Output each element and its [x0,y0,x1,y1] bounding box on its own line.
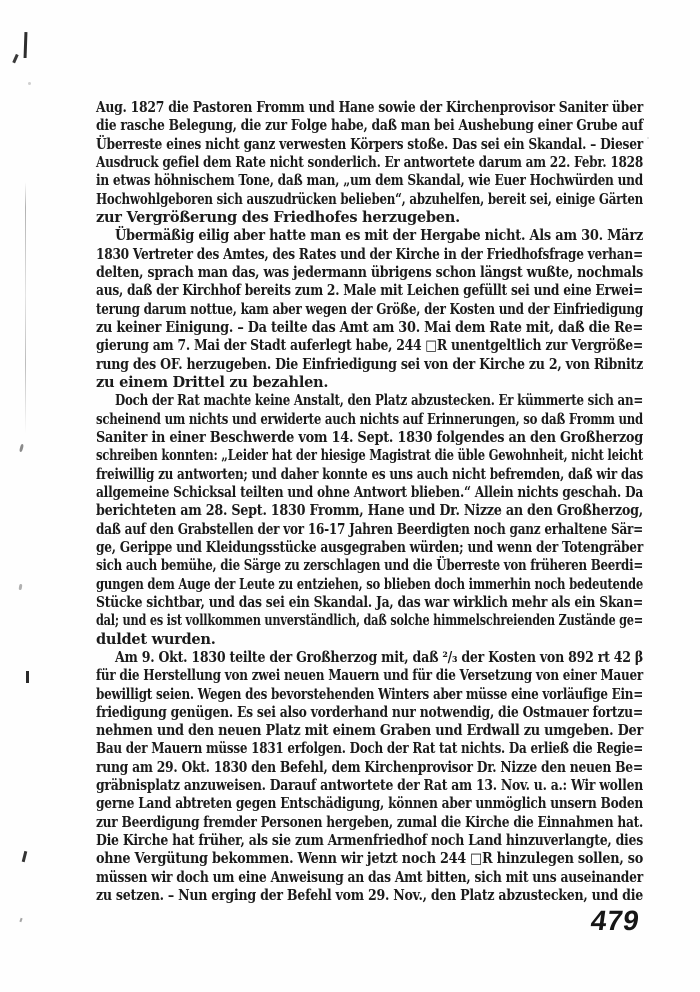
text-line: rung am 29. Okt. 1830 den Befehl, dem Ki… [96,759,643,777]
text-line: gräbnisplatz anzuweisen. Darauf antworte… [96,777,643,795]
text-line: 1830 Vertreter des Amtes, des Rates und … [96,246,643,264]
text-line: Die Kirche hat früher, als sie zum Armen… [96,832,643,850]
margin-ink-mark [22,851,27,862]
text-line: gungen dem Auge der Leute zu entziehen, … [96,576,643,594]
text-line: Aug. 1827 die Pastoren Fromm und Hane so… [96,99,643,117]
text-line: Stücke sichtbar, und das sei ein Skandal… [96,594,643,612]
margin-ink-mark [24,32,27,58]
text-line: nehmen und den neuen Platz mit einem Gra… [96,722,643,740]
text-line: Doch der Rat machte keine Anstalt, den P… [96,392,643,410]
text-line: bewilligt seien. Wegen des bevorstehende… [96,686,643,704]
text-line: zu keiner Einigung. – Da teilte das Amt … [96,319,643,337]
text-line: daß auf den Grabstellen der vor 16-17 Ja… [96,521,643,539]
book-page: Aug. 1827 die Pastoren Fromm und Hane so… [0,0,700,992]
text-line: schreiben konnten: „Leider hat der hiesi… [96,447,643,465]
margin-ink-mark [19,584,23,590]
text-line: Überreste eines nicht ganz verwesten Kör… [96,136,643,154]
text-line: allgemeine Schicksal teilten und ohne An… [96,484,643,502]
margin-ink-mark [12,54,18,63]
text-line: delten, sprach man das, was jedermann üb… [96,264,643,282]
paragraph: Aug. 1827 die Pastoren Fromm und Hane so… [96,99,643,227]
text-line: ge, Gerippe und Kleidungsstücke ausgegra… [96,539,643,557]
text-line: Saniter in einer Beschwerde vom 14. Sept… [96,429,643,447]
paragraph: Am 9. Okt. 1830 teilte der Großherzog mi… [96,649,643,906]
text-line: rung des OF. herzugeben. Die Einfriedigu… [96,356,643,374]
text-line: zu setzen. – Nun erging der Befehl vom 2… [96,887,643,905]
binding-crease-line [25,182,26,434]
text-line: ohne Vergütung bekommen. Wenn wir jetzt … [96,850,643,868]
page-text: Aug. 1827 die Pastoren Fromm und Hane so… [96,99,643,905]
text-line: Ausdruck gefiel dem Rate nicht sonderlic… [96,154,643,172]
scan-speck [28,82,31,85]
text-line: müssen wir doch um eine Anweisung an das… [96,869,643,887]
text-line: berichteten am 28. Sept. 1830 Fromm, Han… [96,502,643,520]
text-line: in etwas höhnischem Tone, daß man, „um d… [96,172,643,190]
text-line: duldet wurden. [96,631,643,649]
text-line: friedigung genügen. Es sei also vorderha… [96,704,643,722]
text-line: gerne Land abtreten gegen Entschädigung,… [96,795,643,813]
paragraph: Übermäßig eilig aber hatte man es mit de… [96,227,643,392]
text-line: sich auch bemühe, die Särge zu zerschlag… [96,557,643,575]
text-line: Bau der Mauern müsse 1831 erfolgen. Doch… [96,740,643,758]
text-line: für die Herstellung von zwei neuen Mauer… [96,667,643,685]
text-line: gierung am 7. Mai der Stadt auferlegt ha… [96,337,643,355]
scan-speck [647,137,649,139]
text-line: zu einem Drittel zu bezahlen. [96,374,643,392]
text-line: Am 9. Okt. 1830 teilte der Großherzog mi… [96,649,643,667]
page-number: 479 [589,907,641,935]
text-line: Übermäßig eilig aber hatte man es mit de… [96,227,643,245]
text-line: scheinend um nichts und erwiderte auch n… [96,411,643,429]
paragraph: Doch der Rat machte keine Anstalt, den P… [96,392,643,649]
text-line: die rasche Belegung, die zur Folge habe,… [96,117,643,135]
text-line: zur Beerdigung fremder Personen hergeben… [96,814,643,832]
margin-ink-mark [19,444,24,453]
text-line: Hochwohlgeboren sich auszudrücken belieb… [96,191,643,209]
text-line: zur Vergrößerung des Friedhofes herzugeb… [96,209,643,227]
scan-speck [19,918,22,922]
text-line: aus, daß der Kirchhof bereits zum 2. Mal… [96,282,643,300]
text-line: freiwillig zu antworten; und daher konnt… [96,466,643,484]
text-line: dal; und es ist vollkommen unverständlic… [96,612,643,630]
text-line: terung darum nottue, kam aber wegen der … [96,301,643,319]
margin-ink-mark [26,671,29,683]
